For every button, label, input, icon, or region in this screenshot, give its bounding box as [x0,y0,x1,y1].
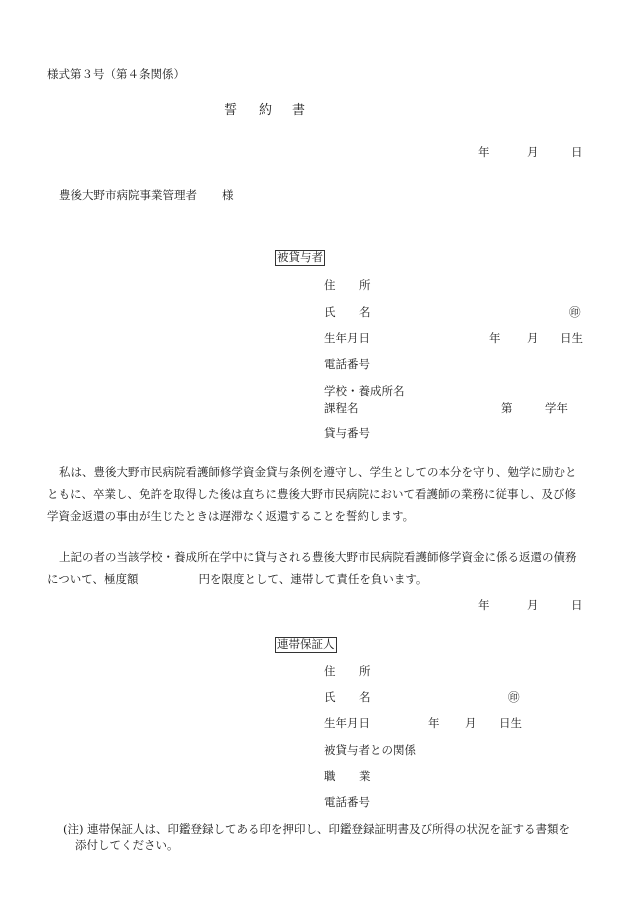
year-label: 年 [478,600,490,612]
title-char: 書 [292,104,305,117]
birth-day-label: 日生 [499,718,522,730]
birth-year-label: 年 [489,333,501,345]
address-label: 住 [324,666,336,678]
borrower-heading: 被貸与者 [275,250,325,266]
birth-day-label: 日生 [560,333,583,345]
birth-month-label: 月 [527,333,539,345]
address-label: 所 [359,666,371,678]
title-char: 約 [259,104,272,117]
guarantee-text-2: 円を限度として、連帯して責任を負います。 [199,572,428,586]
loan-number-label: 貸与番号 [324,428,370,440]
pledge-paragraph: 私は、豊後大野市民病院看護師修学資金貸与条例を遵守し、学生としての本分を守り、勉… [47,461,587,527]
year-label: 年 [478,147,490,159]
guarantee-paragraph: 上記の者の当該学校・養成所在学中に貸与される豊後大野市民病院看護師修学資金に係る… [47,546,587,590]
form-number: 様式第３号（第４条関係） [47,69,185,81]
address-label: 所 [359,280,371,292]
title-char: 誓 [224,104,237,117]
birth-month-label: 月 [465,718,477,730]
course-label: 課程名 [324,403,359,415]
pledge-text: 私は、豊後大野市民病院看護師修学資金貸与条例を遵守し、学生としての本分を守り、勉… [47,461,587,527]
grade-suffix: 学年 [545,403,568,415]
day-label: 日 [571,600,583,612]
name-label: 名 [359,307,371,319]
month-label: 月 [527,147,539,159]
seal-mark-icon: ㊞ [508,692,520,704]
name-label: 氏 [324,307,336,319]
relation-label: 被貸与者との関係 [324,745,416,757]
phone-label: 電話番号 [324,797,370,809]
day-label: 日 [571,147,583,159]
school-label: 学校・養成所名 [324,386,405,398]
note-prefix: (注) [63,824,83,836]
occupation-label: 職 [324,771,336,783]
birth-date-label: 生年月日 [324,718,370,730]
guarantor-heading: 連帯保証人 [275,637,337,653]
seal-mark-icon: ㊞ [569,307,581,319]
occupation-label: 業 [359,771,371,783]
name-label: 名 [359,692,371,704]
addressee-honorific: 様 [222,190,234,202]
grade-prefix: 第 [501,403,513,415]
birth-date-label: 生年月日 [324,333,370,345]
note-line-2: 添付してください。 [75,840,179,852]
addressee-name: 豊後大野市病院事業管理者 [59,190,197,202]
name-label: 氏 [324,692,336,704]
phone-label: 電話番号 [324,359,370,371]
address-label: 住 [324,280,336,292]
birth-year-label: 年 [428,718,440,730]
note-line-1: 連帯保証人は、印鑑登録してある印を押印し、印鑑登録証明書及び所得の状況を証する書… [87,824,570,836]
month-label: 月 [527,600,539,612]
